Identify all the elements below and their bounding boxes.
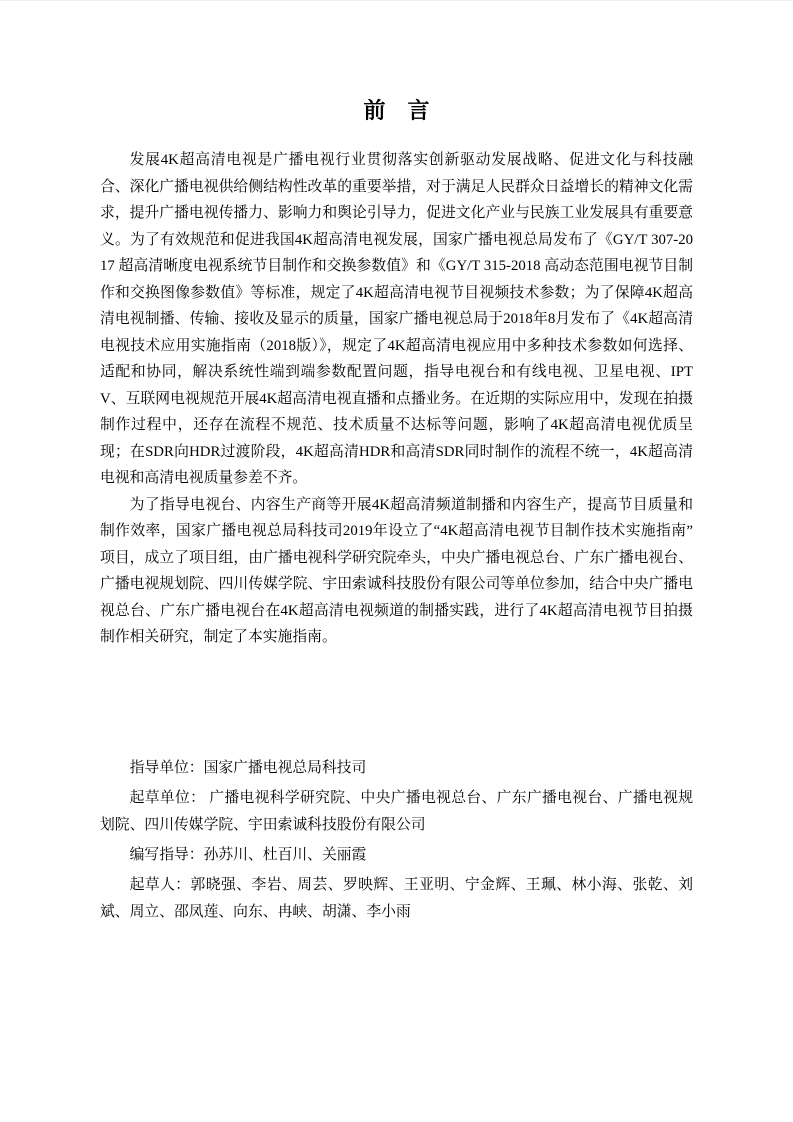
credit-drafters: 起草人：郭晓强、李岩、周芸、罗映辉、王亚明、宁金辉、王珮、林小海、张乾、刘斌、周… — [100, 872, 693, 926]
credit-writing-guidance: 编写指导：孙苏川、杜百川、关丽霞 — [100, 842, 693, 869]
document-page: 前 言 发展4K超高清电视是广播电视行业贯彻落实创新驱动发展战略、促进文化与科技… — [0, 0, 793, 1122]
page-content: 前 言 发展4K超高清电视是广播电视行业贯彻落实创新驱动发展战略、促进文化与科技… — [100, 97, 693, 929]
preface-paragraph-2: 为了指导电视台、内容生产商等开展4K超高清频道制播和内容生产，提高节目质量和制作… — [100, 492, 693, 651]
credits-section: 指导单位：国家广播电视总局科技司 起草单位： 广播电视科学研究院、中央广播电视总… — [100, 755, 693, 926]
preface-paragraph-1: 发展4K超高清电视是广播电视行业贯彻落实创新驱动发展战略、促进文化与科技融合、深… — [100, 147, 693, 492]
page-title: 前 言 — [100, 97, 693, 125]
credit-guiding-unit: 指导单位：国家广播电视总局科技司 — [100, 755, 693, 782]
credit-drafting-units: 起草单位： 广播电视科学研究院、中央广播电视总台、广东广播电视台、广播电视规划院… — [100, 785, 693, 839]
